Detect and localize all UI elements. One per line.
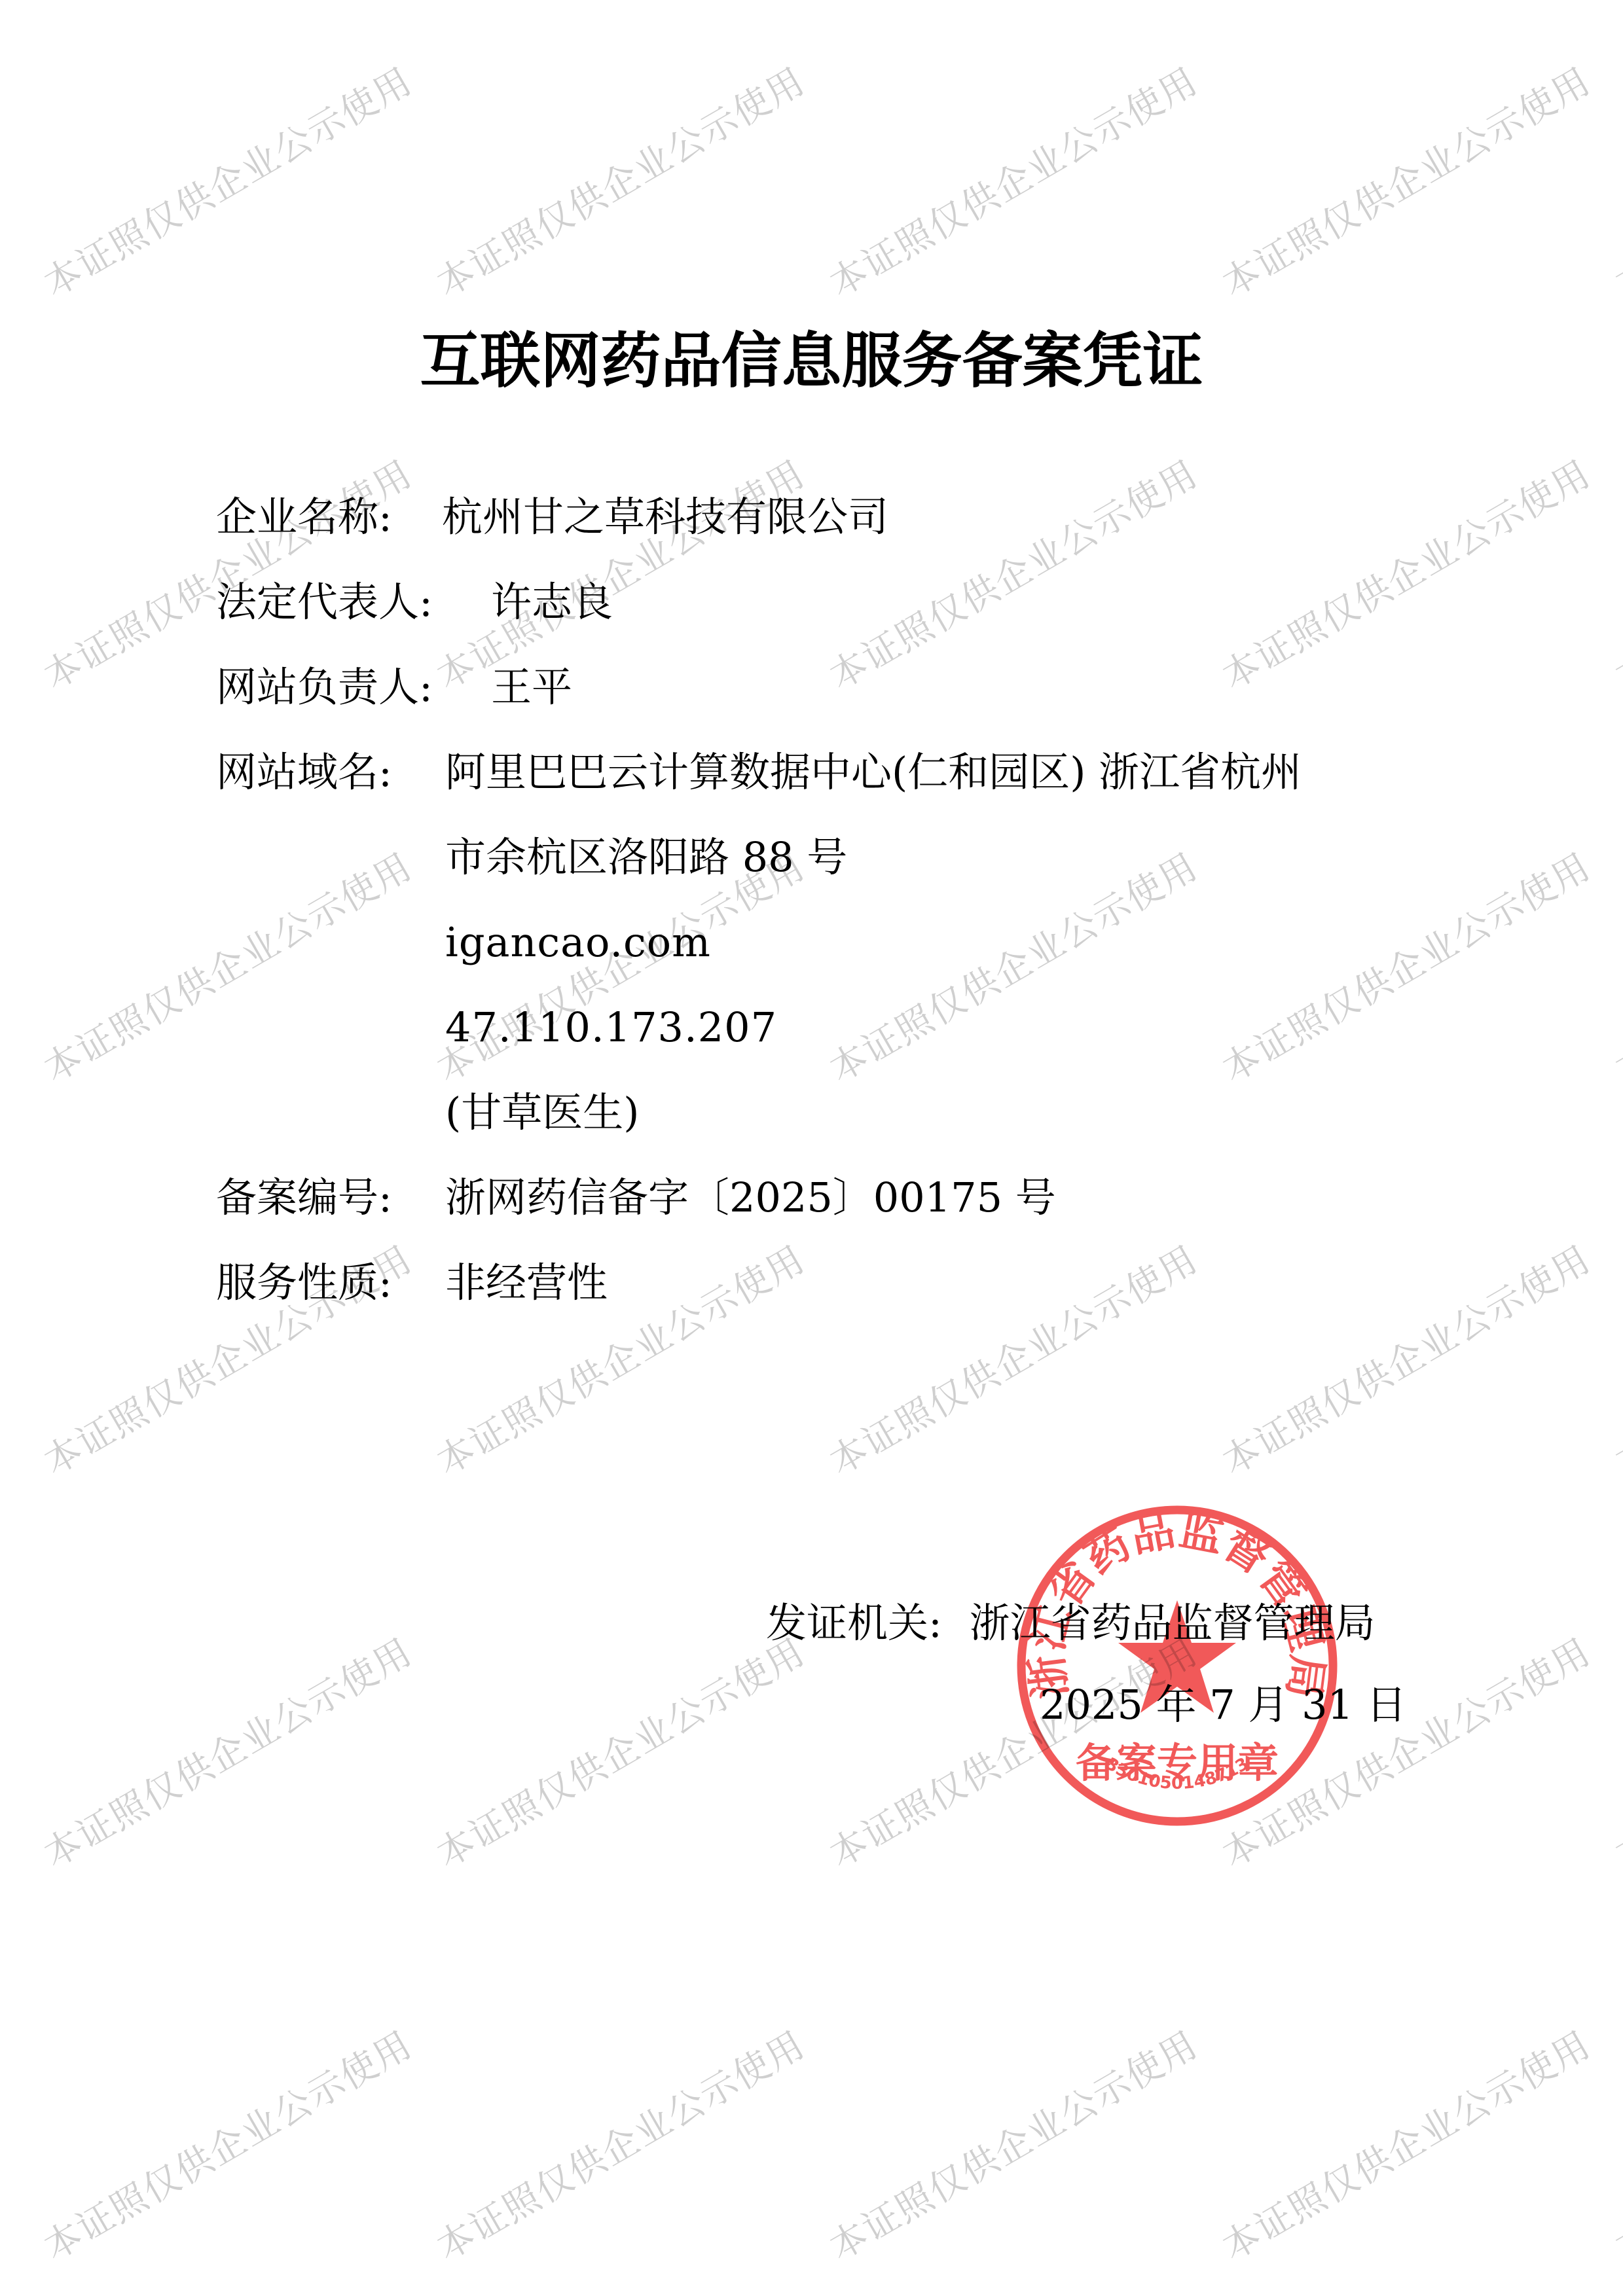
field-label: 服务性质: [216, 1257, 392, 1309]
field-company-name: 企业名称: 杭州甘之草科技有限公司 [216, 491, 392, 543]
field-legal-rep: 法定代表人: 许志良 [216, 576, 433, 628]
field-label: 网站域名: [216, 746, 392, 798]
field-value: 王平 [491, 661, 572, 713]
field-label: 网站负责人: [216, 661, 433, 713]
field-record-number: 备案编号: 浙网药信备字〔2025〕00175 号 [216, 1172, 392, 1224]
field-label: 企业名称: [216, 491, 392, 543]
field-value: 许志良 [491, 576, 613, 628]
field-value: 非经营性 [445, 1257, 608, 1309]
field-service-nature: 服务性质: 非经营性 [216, 1257, 392, 1309]
field-value-line-2: 市余杭区洛阳路 88 号 [445, 831, 847, 884]
field-label: 法定代表人: [216, 576, 433, 628]
certificate-page: 互联网药品信息服务备案凭证 企业名称: 杭州甘之草科技有限公司 法定代表人: 许… [0, 0, 1623, 2296]
field-value: 杭州甘之草科技有限公司 [442, 491, 888, 543]
field-label: 备案编号: [216, 1172, 392, 1224]
site-alias: (甘草医生) [445, 1086, 639, 1139]
field-site-domain: 网站域名: 阿里巴巴云计算数据中心(仁和园区) 浙江省杭州 [216, 746, 392, 798]
field-site-manager: 网站负责人: 王平 [216, 661, 433, 713]
domain-name: igancao.com [445, 916, 711, 969]
field-value-line-1: 阿里巴巴云计算数据中心(仁和园区) 浙江省杭州 [445, 746, 1302, 798]
seal-star-icon [1118, 1600, 1236, 1713]
ip-address: 47.110.173.207 [445, 1001, 777, 1054]
issuer-label: 发证机关: [766, 1599, 942, 1647]
official-seal-icon: 浙江省药品监督管理局 备案专用章 3301050148713 [1013, 1502, 1341, 1829]
document-title: 互联网药品信息服务备案凭证 [0, 313, 1623, 399]
field-value: 浙网药信备字〔2025〕00175 号 [445, 1172, 1056, 1224]
